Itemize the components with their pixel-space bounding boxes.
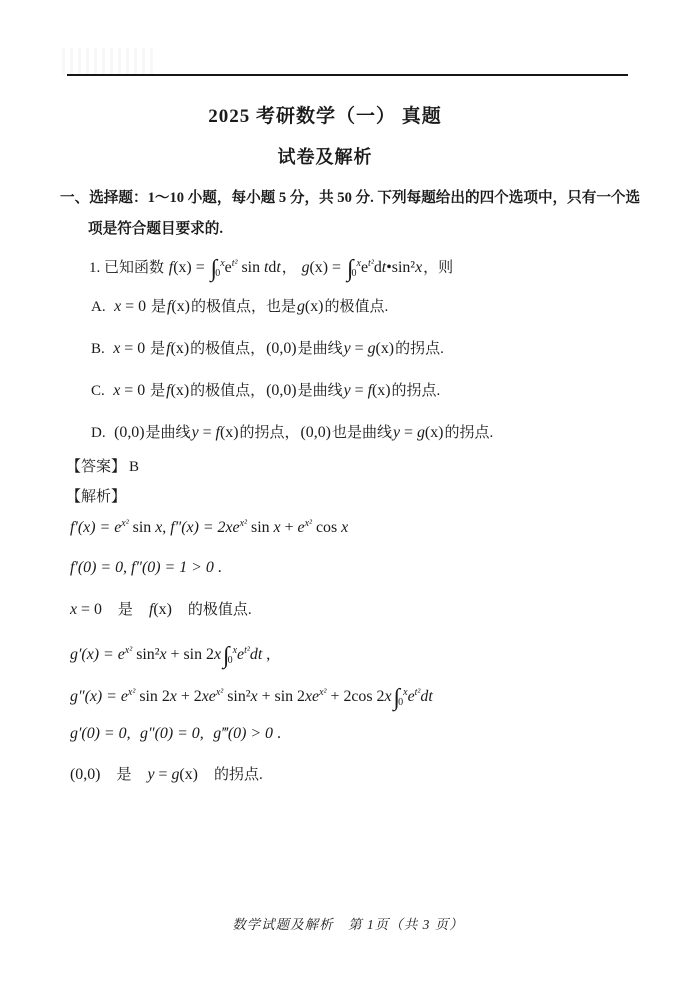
text-segment: (0,0) <box>266 340 296 357</box>
solution-line-4: g′(x) = ex² sin²x + sin 2x∫0xet²dt , <box>70 632 270 680</box>
solution-line-1: f′(x) = ex² sin x, f″(x) = 2xex² sin x +… <box>70 508 348 544</box>
option-c: C. x = 0 是f(x)的极值点，(0,0)是曲线y = f(x)的拐点. <box>90 379 441 403</box>
text-segment: A. <box>91 299 113 315</box>
text-segment: B. <box>91 341 112 357</box>
text-segment <box>132 726 140 742</box>
text-segment: x <box>415 259 422 276</box>
text-segment: y <box>192 424 199 441</box>
text-segment: e <box>298 519 305 536</box>
text-segment: = <box>199 424 216 441</box>
text-segment: 的拐点. <box>444 425 493 441</box>
text-segment: (x) <box>220 424 239 441</box>
text-segment: g′(0) = 0, <box>70 725 131 742</box>
text-segment: f′(x) = e <box>70 519 121 536</box>
text-segment: (x) <box>179 766 198 783</box>
text-segment: + <box>281 519 298 536</box>
text-segment: x <box>214 646 221 663</box>
text-segment: sin² <box>132 646 159 663</box>
text-segment: g <box>368 340 376 357</box>
text-segment: = 0 <box>120 340 149 357</box>
text-segment: ，则 <box>423 260 453 276</box>
text-segment: 的极值点， <box>190 383 265 399</box>
text-segment: xe <box>305 688 319 705</box>
text-segment: sin <box>129 519 156 536</box>
text-segment: (x) <box>171 340 190 357</box>
page-footer: 数学试题及解析 第 1页（共 3 页） <box>0 913 696 933</box>
text-segment: (0,0) <box>114 424 144 441</box>
text-segment: (x) <box>153 601 172 618</box>
text-segment: (x) <box>171 298 190 315</box>
text-segment: 也是曲线 <box>332 425 392 441</box>
text-segment: 的拐点. <box>395 341 444 357</box>
text-segment: x² <box>121 518 128 529</box>
text-segment: e <box>225 259 232 276</box>
text-segment: x <box>274 519 281 536</box>
text-segment: sin 2 <box>135 688 169 705</box>
answer-value: B <box>129 459 139 475</box>
solution-line-5: g″(x) = ex² sin 2x + 2xex² sin²x + sin 2… <box>70 674 433 722</box>
text-segment: + sin 2 <box>167 646 214 663</box>
text-segment: ， <box>282 260 301 276</box>
exam-page: 2025 考研数学（一） 真题 试卷及解析 一、选择题：1～10 小题，每小题 … <box>0 0 696 983</box>
text-segment: x <box>160 646 167 663</box>
text-segment: D. <box>91 425 113 441</box>
text-segment: = <box>351 340 368 357</box>
scan-artifact-marks <box>62 48 154 75</box>
answer-line: 【答案】B <box>66 456 139 478</box>
text-segment: e <box>408 688 415 705</box>
text-segment: cos <box>312 519 341 536</box>
text-segment: d <box>374 259 382 276</box>
text-segment: x <box>384 688 391 705</box>
text-segment: g <box>302 259 310 276</box>
text-segment: = 0 <box>120 382 149 399</box>
page-subtitle: 试卷及解析 <box>0 143 650 169</box>
text-segment: e <box>361 259 368 276</box>
section-instructions-line2: 项是符合题目要求的. <box>88 217 223 238</box>
solution-line-7: (0,0) 是 y = g(x) 的拐点. <box>70 759 264 791</box>
text-segment: y <box>147 766 154 783</box>
text-segment: 的拐点. <box>199 767 263 783</box>
option-d: D. (0,0)是曲线y = f(x)的拐点，(0,0)也是曲线y = g(x)… <box>90 421 494 445</box>
analysis-label: 【解析】 <box>66 486 126 508</box>
text-segment: dt <box>420 688 432 705</box>
text-segment: f″(x) = 2xe <box>170 519 239 536</box>
answer-label: 【答案】 <box>66 459 126 475</box>
text-segment: 的极值点. <box>324 299 388 315</box>
text-segment: sin <box>238 259 265 276</box>
text-segment: . <box>214 559 222 576</box>
section-instructions-line1: 一、选择题：1～10 小题，每小题 5 分，共 50 分. 下列每题给出的四个选… <box>60 186 640 207</box>
text-segment: g <box>297 298 305 315</box>
text-segment: x <box>70 601 77 618</box>
text-segment: •sin² <box>386 259 415 276</box>
text-segment: (0,0) <box>301 424 331 441</box>
text-segment: 的极值点. <box>173 602 252 618</box>
text-segment: (x) <box>376 340 395 357</box>
text-segment: sin <box>247 519 274 536</box>
text-segment: 1. 已知函数 <box>89 260 168 276</box>
text-segment: y <box>393 424 400 441</box>
text-segment: 是 <box>103 602 148 618</box>
text-segment: = 0 <box>77 601 102 618</box>
text-segment: 是 <box>151 299 166 315</box>
text-segment: = <box>155 766 172 783</box>
text-segment: x <box>341 519 348 536</box>
text-segment: g′(x) = e <box>70 646 125 663</box>
text-segment: g <box>417 424 425 441</box>
text-segment: (x) <box>372 382 391 399</box>
text-segment: + sin 2 <box>258 688 305 705</box>
text-segment: 是曲线 <box>298 341 343 357</box>
solution-line-2: f′(0) = 0, f″(0) = 1 > 0 . <box>70 552 222 584</box>
text-segment: x <box>251 688 258 705</box>
text-segment: 的极值点， <box>190 341 265 357</box>
text-segment: g‴(0) > 0 <box>213 725 273 742</box>
text-segment: 是曲线 <box>298 383 343 399</box>
text-segment: y <box>344 340 351 357</box>
option-a: A. x = 0 是f(x)的极值点，也是g(x)的极值点. <box>90 295 389 319</box>
header-rule <box>67 74 628 76</box>
text-segment: 是曲线 <box>146 425 191 441</box>
text-segment: 0 <box>352 268 357 279</box>
text-segment: f′(0) = 0, f″(0) = 1 > 0 <box>70 559 214 576</box>
text-segment: 0 <box>228 655 233 666</box>
text-segment: (0,0) <box>70 766 100 783</box>
text-segment: 是 <box>150 383 165 399</box>
text-segment <box>205 726 213 742</box>
text-segment: y <box>344 382 351 399</box>
text-segment: x² <box>240 518 247 529</box>
text-segment: = 0 <box>121 298 150 315</box>
text-segment: g″(0) = 0, <box>140 725 204 742</box>
option-b: B. x = 0 是f(x)的极值点，(0,0)是曲线y = g(x)的拐点. <box>90 337 445 361</box>
text-segment: 0 <box>215 268 220 279</box>
text-segment: (x) = <box>310 259 345 276</box>
text-segment: , <box>162 519 170 536</box>
text-segment: x² <box>319 687 326 698</box>
text-segment: (x) <box>425 424 444 441</box>
text-segment: , <box>262 646 270 663</box>
text-segment: 0 <box>398 697 403 708</box>
text-segment: 的拐点， <box>240 425 300 441</box>
text-segment: x <box>170 688 177 705</box>
text-segment: C. <box>91 383 112 399</box>
text-segment: + 2cos 2 <box>327 688 385 705</box>
text-segment: g″(x) = e <box>70 688 128 705</box>
text-segment: 是 <box>150 341 165 357</box>
text-segment: dt <box>250 646 262 663</box>
text-segment: + 2 <box>177 688 202 705</box>
text-segment: t <box>276 259 280 276</box>
text-segment: (x) <box>171 382 190 399</box>
text-segment: (x) = <box>173 259 208 276</box>
text-segment: (x) <box>305 298 324 315</box>
question-1: 1. 已知函数 f(x) = ∫0xet² sin tdt， g(x) = ∫0… <box>88 243 454 285</box>
text-segment: . <box>273 725 281 742</box>
text-segment: = <box>400 424 417 441</box>
text-segment: 的拐点. <box>392 383 441 399</box>
text-segment: 是 <box>101 767 146 783</box>
text-segment: 的极值点，也是 <box>191 299 296 315</box>
text-segment: x² <box>305 518 312 529</box>
text-segment: sin² <box>223 688 250 705</box>
page-title: 2025 考研数学（一） 真题 <box>0 101 650 128</box>
text-segment: (0,0) <box>266 382 296 399</box>
text-segment: = <box>351 382 368 399</box>
solution-line-3: x = 0 是 f(x) 的极值点. <box>70 594 253 626</box>
solution-line-6: g′(0) = 0, g″(0) = 0, g‴(0) > 0 . <box>70 718 281 750</box>
text-segment: xe <box>202 688 216 705</box>
